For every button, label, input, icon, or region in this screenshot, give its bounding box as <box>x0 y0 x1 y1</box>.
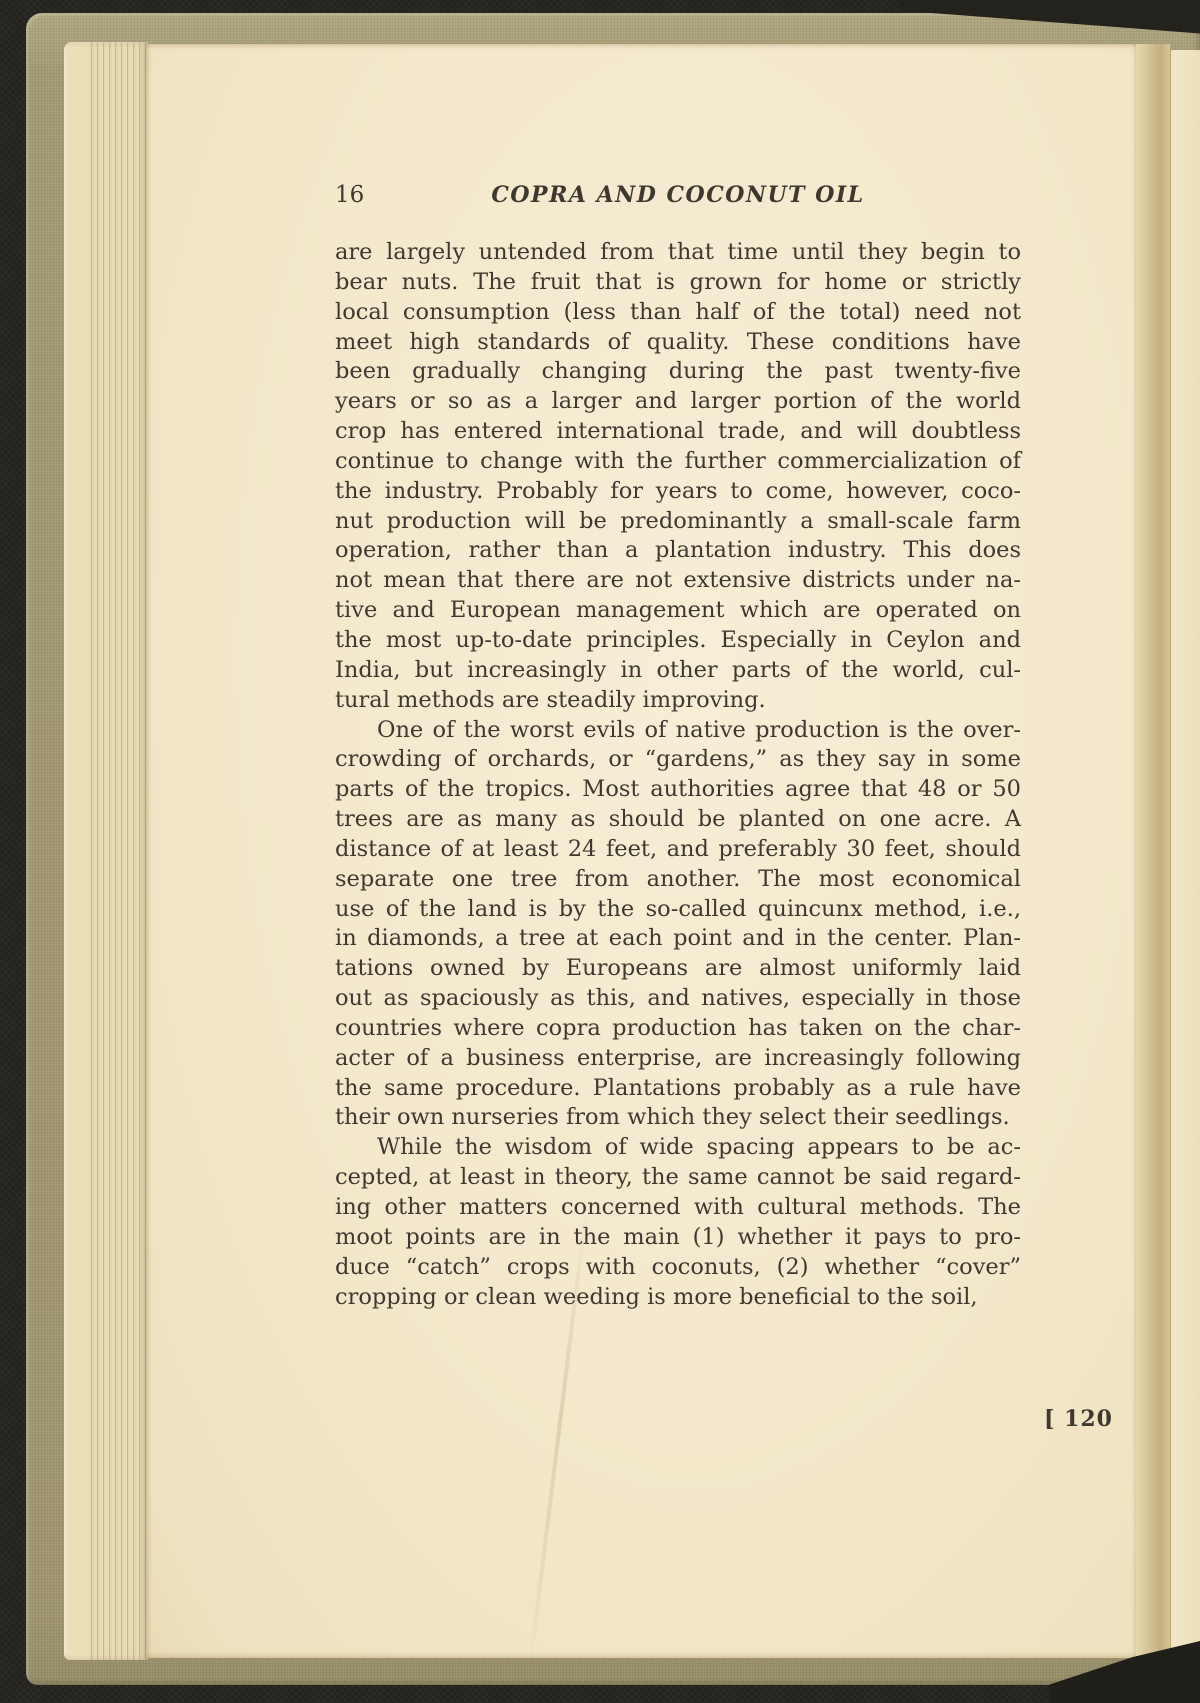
facing-page-edge <box>1170 50 1200 1652</box>
page-number: 16 <box>335 182 364 208</box>
text-line: out as spaciously as this, and natives, … <box>335 984 1021 1014</box>
text-line: cepted, at least in theory, the same can… <box>335 1163 1021 1193</box>
text-line: are largely untended from that time unti… <box>335 238 1021 268</box>
folio-number: [ 120 <box>335 1406 1113 1432</box>
text-line: nut production will be predominantly a s… <box>335 507 1021 537</box>
text-line: One of the worst evils of native product… <box>335 716 1021 746</box>
text-line: distance of at least 24 feet, and prefer… <box>335 835 1021 865</box>
page-edge-stack <box>64 42 148 1660</box>
text-line: cropping or clean weeding is more benefi… <box>335 1283 1021 1313</box>
text-line: in diamonds, a tree at each point and in… <box>335 924 1021 954</box>
text-line: their own nurseries from which they sele… <box>335 1103 1021 1133</box>
running-title: COPRA AND COCONUT OIL <box>335 182 1021 208</box>
text-line: crowding of orchards, or “gardens,” as t… <box>335 745 1021 775</box>
text-line: the same procedure. Plantations probably… <box>335 1074 1021 1104</box>
text-line: been gradually changing during the past … <box>335 357 1021 387</box>
text-line: continue to change with the further comm… <box>335 447 1021 477</box>
paragraph: One of the worst evils of native product… <box>335 716 1021 1134</box>
text-line: crop has entered international trade, an… <box>335 417 1021 447</box>
running-head: 16 COPRA AND COCONUT OIL <box>335 182 1021 214</box>
text-line: years or so as a larger and larger porti… <box>335 387 1021 417</box>
text-line: While the wisdom of wide spacing appears… <box>335 1133 1021 1163</box>
text-column: 16 COPRA AND COCONUT OIL are largely unt… <box>335 44 1021 1432</box>
text-line: countries where copra production has tak… <box>335 1014 1021 1044</box>
text-line: ing other matters concerned with cultura… <box>335 1193 1021 1223</box>
text-line: the most up-to-date principles. Especial… <box>335 626 1021 656</box>
paragraph: While the wisdom of wide spacing appears… <box>335 1133 1021 1312</box>
text-line: acter of a business enterprise, are incr… <box>335 1044 1021 1074</box>
book-page: 16 COPRA AND COCONUT OIL are largely unt… <box>146 44 1136 1658</box>
text-line: moot points are in the main (1) whether … <box>335 1223 1021 1253</box>
book-photo: 16 COPRA AND COCONUT OIL are largely unt… <box>0 0 1200 1703</box>
text-line: operation, rather than a plantation indu… <box>335 536 1021 566</box>
text-line: local consumption (less than half of the… <box>335 298 1021 328</box>
text-line: tural methods are steadily improving. <box>335 686 1021 716</box>
page-gutter-shadow <box>1136 44 1170 1656</box>
text-line: use of the land is by the so-called quin… <box>335 895 1021 925</box>
body-text: are largely untended from that time unti… <box>335 238 1021 1312</box>
text-line: tations owned by Europeans are almost un… <box>335 954 1021 984</box>
text-line: tive and European management which are o… <box>335 596 1021 626</box>
paragraph: are largely untended from that time unti… <box>335 238 1021 716</box>
text-line: India, but increasingly in other parts o… <box>335 656 1021 686</box>
text-line: duce “catch” crops with coconuts, (2) wh… <box>335 1253 1021 1283</box>
text-line: bear nuts. The fruit that is grown for h… <box>335 268 1021 298</box>
text-line: separate one tree from another. The most… <box>335 865 1021 895</box>
text-line: parts of the tropics. Most authorities a… <box>335 775 1021 805</box>
text-line: trees are as many as should be planted o… <box>335 805 1021 835</box>
text-line: meet high standards of quality. These co… <box>335 328 1021 358</box>
text-line: not mean that there are not extensive di… <box>335 566 1021 596</box>
text-line: the industry. Probably for years to come… <box>335 477 1021 507</box>
